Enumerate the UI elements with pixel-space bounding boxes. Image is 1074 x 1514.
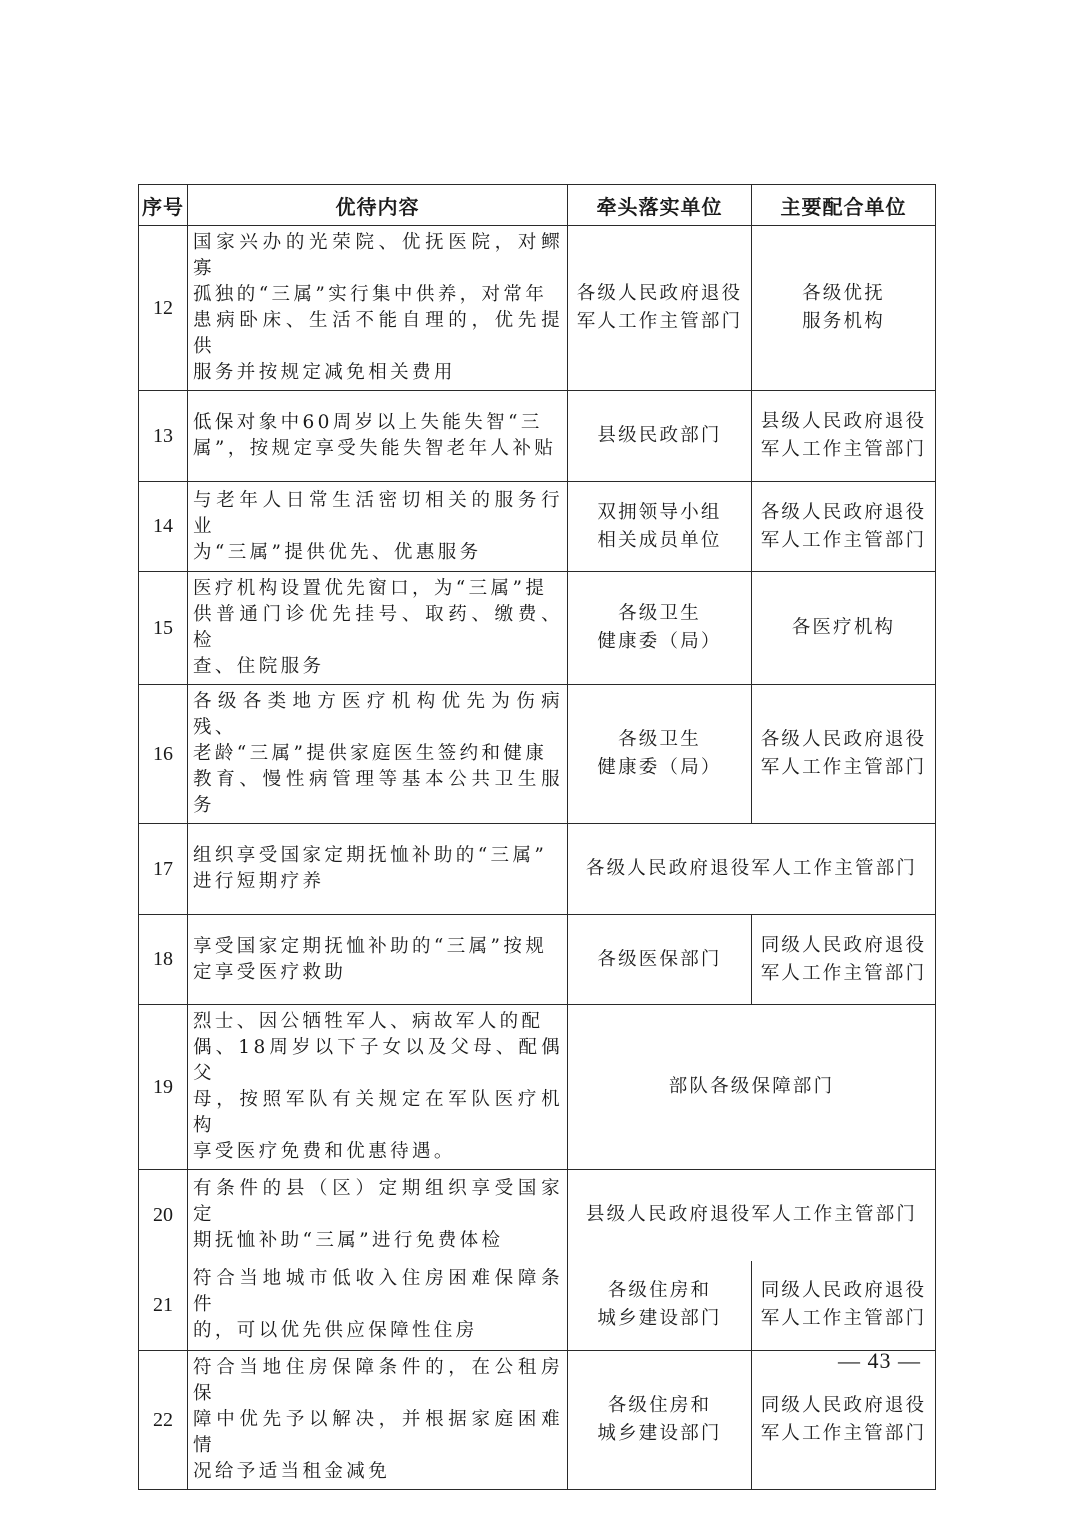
row-content: 组织享受国家定期抚恤补助的“三属” 进行短期疗养 [188,824,568,915]
row-merged-unit: 县级人民政府退役军人工作主管部门 [568,1170,936,1261]
row-content: 国家兴办的光荣院、优抚医院，对鳏寡 孤独的“三属”实行集中供养，对常年 患病卧床… [188,226,568,391]
row-coop-unit: 各级人民政府退役 军人工作主管部门 [752,685,936,824]
table-row: 19 烈士、因公牺牲军人、病故军人的配 偶、18周岁以下子女以及父母、配偶父 母… [139,1005,936,1170]
row-number: 21 [139,1261,188,1351]
table-row: 20 有条件的县（区）定期组织享受国家定 期抚恤补助“三属”进行免费体检 县级人… [139,1170,936,1261]
row-content: 低保对象中60周岁以上失能失智“三 属”，按规定享受失能失智老年人补贴 [188,391,568,482]
row-content: 有条件的县（区）定期组织享受国家定 期抚恤补助“三属”进行免费体检 [188,1170,568,1261]
header-coop-unit: 主要配合单位 [752,185,936,226]
row-content: 与老年人日常生活密切相关的服务行业 为“三属”提供优先、优惠服务 [188,482,568,572]
row-number: 18 [139,915,188,1005]
table-row: 16 各级各类地方医疗机构优先为伤病残、 老龄“三属”提供家庭医生签约和健康 教… [139,685,936,824]
table-row: 12 国家兴办的光荣院、优抚医院，对鳏寡 孤独的“三属”实行集中供养，对常年 患… [139,226,936,391]
header-serial: 序号 [139,185,188,226]
row-lead-unit: 各级卫生 健康委（局） [568,572,752,685]
row-coop-unit: 各级人民政府退役 军人工作主管部门 [752,482,936,572]
row-coop-unit: 同级人民政府退役 军人工作主管部门 [752,915,936,1005]
row-merged-unit: 各级人民政府退役军人工作主管部门 [568,824,936,915]
row-lead-unit: 各级住房和 城乡建设部门 [568,1351,752,1490]
row-coop-unit: 同级人民政府退役 军人工作主管部门 [752,1261,936,1351]
row-number: 13 [139,391,188,482]
row-lead-unit: 各级人民政府退役 军人工作主管部门 [568,226,752,391]
header-content: 优待内容 [188,185,568,226]
row-lead-unit: 各级医保部门 [568,915,752,1005]
row-lead-unit: 各级卫生 健康委（局） [568,685,752,824]
table-row: 22 符合当地住房保障条件的，在公租房保 障中优先予以解决，并根据家庭困难情 况… [139,1351,936,1490]
row-content: 符合当地住房保障条件的，在公租房保 障中优先予以解决，并根据家庭困难情 况给予适… [188,1351,568,1490]
table-row: 14 与老年人日常生活密切相关的服务行业 为“三属”提供优先、优惠服务 双拥领导… [139,482,936,572]
row-number: 19 [139,1005,188,1170]
row-content: 符合当地城市低收入住房困难保障条件 的，可以优先供应保障性住房 [188,1261,568,1351]
row-content: 烈士、因公牺牲军人、病故军人的配 偶、18周岁以下子女以及父母、配偶父 母，按照… [188,1005,568,1170]
row-number: 14 [139,482,188,572]
table-row: 18 享受国家定期抚恤补助的“三属”按规 定享受医疗救助 各级医保部门 同级人民… [139,915,936,1005]
row-number: 15 [139,572,188,685]
row-coop-unit: 各级优抚 服务机构 [752,226,936,391]
row-lead-unit: 双拥领导小组 相关成员单位 [568,482,752,572]
table-row: 17 组织享受国家定期抚恤补助的“三属” 进行短期疗养 各级人民政府退役军人工作… [139,824,936,915]
row-content: 医疗机构设置优先窗口，为“三属”提 供普通门诊优先挂号、取药、缴费、检 查、住院… [188,572,568,685]
row-number: 12 [139,226,188,391]
table-row: 21 符合当地城市低收入住房困难保障条件 的，可以优先供应保障性住房 各级住房和… [139,1261,936,1351]
row-coop-unit: 各医疗机构 [752,572,936,685]
page-number: — 43 — [838,1348,921,1374]
row-lead-unit: 县级民政部门 [568,391,752,482]
table-row: 13 低保对象中60周岁以上失能失智“三 属”，按规定享受失能失智老年人补贴 县… [139,391,936,482]
table-row: 15 医疗机构设置优先窗口，为“三属”提 供普通门诊优先挂号、取药、缴费、检 查… [139,572,936,685]
row-number: 17 [139,824,188,915]
row-coop-unit: 县级人民政府退役 军人工作主管部门 [752,391,936,482]
row-number: 22 [139,1351,188,1490]
row-number: 16 [139,685,188,824]
table-header-row: 序号 优待内容 牵头落实单位 主要配合单位 [139,185,936,226]
benefits-table: 序号 优待内容 牵头落实单位 主要配合单位 12 国家兴办的光荣院、优抚医院，对… [138,184,936,1490]
header-lead-unit: 牵头落实单位 [568,185,752,226]
row-number: 20 [139,1170,188,1261]
row-content: 享受国家定期抚恤补助的“三属”按规 定享受医疗救助 [188,915,568,1005]
row-content: 各级各类地方医疗机构优先为伤病残、 老龄“三属”提供家庭医生签约和健康 教育、慢… [188,685,568,824]
row-lead-unit: 各级住房和 城乡建设部门 [568,1261,752,1351]
row-merged-unit: 部队各级保障部门 [568,1005,936,1170]
